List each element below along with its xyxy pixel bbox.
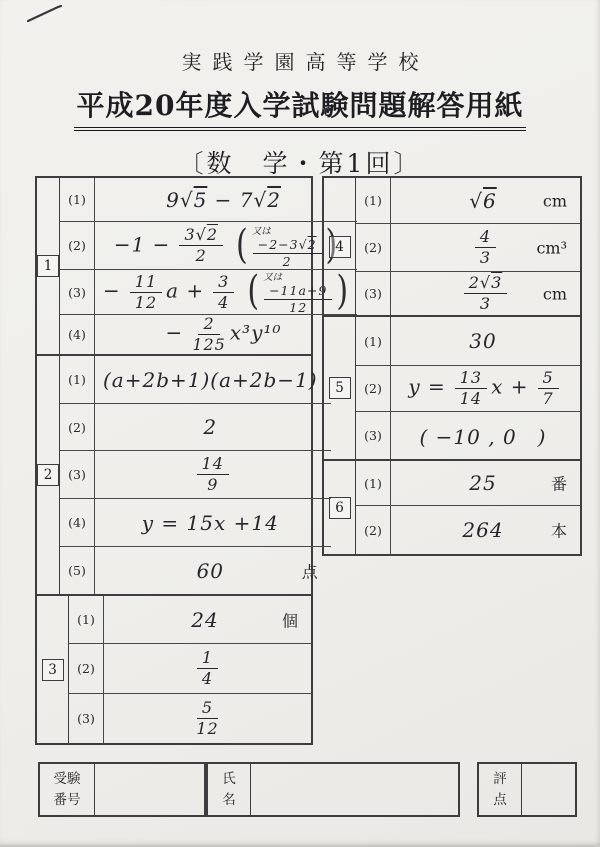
problem-number-box: 3: [42, 659, 64, 681]
problem-number-cell: 6: [324, 461, 356, 554]
answer-value: − 1112a + 34(又は−11a+912): [103, 269, 349, 315]
answer-cell: √6 cm: [391, 178, 580, 223]
answer-value: 43: [471, 228, 500, 266]
answer-value: √6: [469, 189, 501, 213]
problem-section-6: 6 (1) 25 番 (2) 264 本: [324, 461, 580, 554]
answer-value: ( −10 , 0 ): [420, 421, 552, 450]
answer-row: (4) − 2125x³y¹⁰: [60, 315, 357, 354]
sub-label: (3): [69, 694, 104, 743]
answer-row: (1) 25 番: [356, 461, 580, 506]
answer-value: 2√33: [460, 274, 512, 312]
answer-row: (3) 2√33cm: [356, 272, 580, 315]
sub-label: (3): [356, 272, 391, 315]
answer-cell: 264 本: [391, 506, 580, 554]
unit-label: 点: [302, 559, 318, 582]
unit-label: 本: [551, 519, 567, 542]
problem-section-5: 5 (1) 30 (2) y = 1314x + 57 (3) ( −10 , …: [324, 317, 580, 461]
answer-cell: 512: [104, 694, 311, 743]
sub-label: (3): [60, 270, 95, 314]
unit-label: 個: [282, 608, 298, 631]
problem-number-box: 6: [329, 497, 351, 519]
sub-label: (1): [356, 461, 391, 505]
answer-cell: 60 点: [95, 547, 331, 594]
answer-cell: 9√5 − 7√2: [95, 178, 357, 221]
score-field: [522, 764, 575, 815]
answer-cell: 24 個: [104, 596, 311, 643]
sub-label: (2): [69, 644, 104, 693]
answer-cell: − 1112a + 34(又は−11a+912): [95, 270, 357, 314]
answer-row: (2) 43cm³: [356, 224, 580, 272]
sub-label: (1): [60, 178, 95, 221]
answer-row: (2) y = 1314x + 57: [356, 366, 580, 412]
unit-label: 番: [551, 472, 567, 495]
answer-value: 2: [203, 415, 222, 439]
sub-label: (1): [60, 356, 95, 403]
answer-row: (1) 30: [356, 317, 580, 366]
exam-number-label: 受験 番号: [40, 764, 95, 815]
sub-label: (3): [356, 412, 391, 459]
sheet-title: 平成20年度入学試験問題解答用紙: [74, 84, 527, 131]
answer-value: 9√5 − 7√2: [166, 188, 286, 212]
problem-number-cell: 4: [324, 178, 356, 315]
subject-title: 〔数 学・第1回〕: [0, 144, 600, 180]
sub-label: (2): [356, 224, 391, 271]
answer-row: (1) (a+2b+1)(a+2b−1): [60, 356, 331, 404]
answer-value: (a+2b+1)(a+2b−1): [103, 368, 323, 392]
problem-number-box: 4: [329, 236, 351, 258]
answer-value: y = 1314x + 57: [408, 369, 562, 407]
problem-number-box: 1: [37, 255, 59, 277]
unit-label: cm³: [536, 238, 567, 257]
problem-number-cell: 2: [37, 356, 60, 594]
answer-cell: 25 番: [391, 461, 580, 505]
answer-cell: 30: [391, 317, 580, 365]
problem-number-box: 2: [37, 464, 59, 486]
problem-number-box: 5: [329, 377, 351, 399]
answer-value: 25: [469, 471, 501, 495]
problem-section-3: 3 (1) 24 個 (2) 14 (3) 512: [37, 596, 311, 743]
problem-section-4: 4 (1) √6 cm (2) 43cm³ (3) 2√33cm: [324, 178, 580, 317]
exam-number-field: [95, 764, 204, 815]
pen-stroke-mark: [18, 0, 78, 28]
answer-table-right: 4 (1) √6 cm (2) 43cm³ (3) 2√33cm 5: [322, 176, 582, 556]
answer-cell: 43cm³: [391, 224, 580, 271]
exam-number-box: 受験 番号: [38, 762, 206, 817]
answer-value: 264: [462, 518, 508, 542]
problem-number-cell: 3: [37, 596, 69, 743]
sub-label: (2): [356, 366, 391, 411]
sub-label: (5): [60, 547, 95, 594]
answer-value: y = 15x +14: [142, 511, 284, 535]
sub-label: (1): [356, 317, 391, 365]
answer-row: (1) 24 個: [69, 596, 311, 644]
answer-row: (5) 60 点: [60, 547, 331, 594]
answer-cell: 149: [95, 451, 331, 498]
sub-label: (2): [60, 222, 95, 269]
sheet-header: 実践学園高等学校 平成20年度入学試験問題解答用紙 〔数 学・第1回〕: [0, 46, 600, 180]
score-box: 評 点: [477, 762, 577, 817]
answer-value: 14: [193, 649, 222, 687]
answer-row: (2) 14: [69, 644, 311, 694]
answer-value: − 2125x³y¹⁰: [166, 315, 287, 353]
problem-section-1: 1 (1) 9√5 − 7√2 (2) −1 − 3√22(又は−2−3√22)…: [37, 178, 311, 356]
answer-cell: (a+2b+1)(a+2b−1): [95, 356, 331, 403]
school-name: 実践学園高等学校: [0, 46, 600, 75]
problem-section-2: 2 (1) (a+2b+1)(a+2b−1) (2) 2 (3) 149 (4): [37, 356, 311, 596]
answer-cell: 2: [95, 404, 331, 450]
answer-row: (1) 9√5 − 7√2: [60, 178, 357, 222]
answer-cell: −1 − 3√22(又は−2−3√22): [95, 222, 357, 269]
answer-value: −1 − 3√22(又は−2−3√22): [114, 223, 338, 269]
answer-row: (4) y = 15x +14: [60, 499, 331, 547]
answer-row: (3) 512: [69, 694, 311, 743]
unit-label: cm: [543, 284, 567, 303]
name-box: 氏 名: [206, 762, 460, 817]
answer-cell: y = 15x +14: [95, 499, 331, 546]
answer-cell: ( −10 , 0 ): [391, 412, 580, 459]
sub-label: (3): [60, 451, 95, 498]
answer-row: (2) 2: [60, 404, 331, 451]
sub-label: (4): [60, 499, 95, 546]
answer-row: (3) ( −10 , 0 ): [356, 412, 580, 459]
answer-cell: y = 1314x + 57: [391, 366, 580, 411]
sub-label: (2): [356, 506, 391, 554]
answer-row: (3) 149: [60, 451, 331, 499]
answer-value: 30: [469, 329, 501, 353]
answer-value: 512: [192, 699, 222, 737]
answer-table-left: 1 (1) 9√5 − 7√2 (2) −1 − 3√22(又は−2−3√22)…: [35, 176, 313, 745]
answer-value: 60: [197, 559, 229, 583]
sub-label: (1): [69, 596, 104, 643]
answer-row: (2) −1 − 3√22(又は−2−3√22): [60, 222, 357, 270]
problem-number-cell: 5: [324, 317, 356, 459]
sub-label: (1): [356, 178, 391, 223]
answer-value: 149: [193, 455, 233, 493]
answer-row: (1) √6 cm: [356, 178, 580, 224]
name-label: 氏 名: [208, 764, 251, 815]
unit-label: cm: [543, 191, 567, 210]
score-label: 評 点: [479, 764, 522, 815]
answer-value: 24: [191, 608, 223, 632]
answer-row: (3) − 1112a + 34(又は−11a+912): [60, 270, 357, 315]
sub-label: (4): [60, 315, 95, 354]
answer-cell: − 2125x³y¹⁰: [95, 315, 357, 354]
problem-number-cell: 1: [37, 178, 60, 354]
sub-label: (2): [60, 404, 95, 450]
answer-cell: 14: [104, 644, 311, 693]
sheet-title-wrap: 平成20年度入学試験問題解答用紙: [0, 84, 600, 131]
answer-cell: 2√33cm: [391, 272, 580, 315]
answer-sheet-page: 実践学園高等学校 平成20年度入学試験問題解答用紙 〔数 学・第1回〕 1 (1…: [0, 0, 600, 847]
name-field: [251, 764, 458, 815]
answer-row: (2) 264 本: [356, 506, 580, 554]
